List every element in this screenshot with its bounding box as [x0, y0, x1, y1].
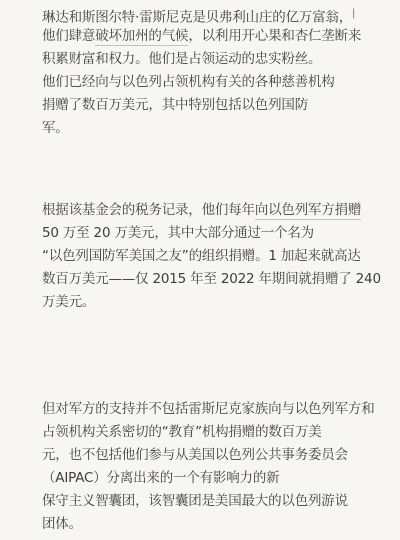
text-segment: 元，也不包括他们参与从美国以色列公共事务委员会	[42, 447, 348, 463]
text-segment: “以色列国防军美国之友”的组织捐赠。1 加起来就高达	[42, 248, 361, 264]
text-line: 他们已经向与以色列占领机构有关的各种慈善机构	[42, 71, 382, 94]
text-line: 军。	[42, 117, 382, 140]
text-line: 占领机构关系密切的“教育”机构捐赠的数百万美	[42, 421, 382, 444]
text-line: 团体。	[42, 513, 382, 536]
text-line: 根据该基金会的税务记录，他们每年向以色列军方捐赠	[42, 199, 382, 222]
text-segment: 军。	[42, 120, 69, 136]
text-line: “以色列国防军美国之友”的组织捐赠。1 加起来就高达	[42, 245, 382, 268]
text-line: （AIPAC）分离出来的一个有影响力的新	[42, 467, 382, 490]
text-segment: 琳达和斯图尔特·雷斯尼克是贝弗利山庄的亿万富翁，	[42, 10, 352, 26]
text-segment: （AIPAC）分离出来的一个有影响力的新	[42, 470, 279, 486]
citation-mark: |	[352, 8, 354, 19]
text-line: 万美元。	[42, 291, 382, 314]
text-segment: 占领机构关系密切的“教育”机构捐赠的数百万美	[42, 424, 322, 440]
text-segment: 他们肆意	[42, 28, 95, 44]
text-line: 捐赠了数百万美元，其中特别包括以色列国防	[42, 94, 382, 117]
article-page: 琳达和斯图尔特·雷斯尼克是贝弗利山庄的亿万富翁，|他们肆意破坏加州的气候，以利用…	[42, 2, 382, 536]
text-segment: 积累财富和权力。他们是占领运动的忠实粉丝。	[42, 51, 321, 67]
text-segment: 但对军方的支持并不包括雷斯尼克家族向与以色列军方和	[42, 401, 375, 417]
inline-link[interactable]: 向以色列军方捐赠	[255, 202, 361, 220]
text-line: 50 万至 20 万美元，其中大部分通过一个名为	[42, 222, 382, 245]
text-line: 保守主义智囊团，该智囊团是美国最大的以色列游说	[42, 490, 382, 513]
inline-link[interactable]: 破坏加州的气候	[95, 28, 188, 46]
text-line: 琳达和斯图尔特·雷斯尼克是贝弗利山庄的亿万富翁，|	[42, 2, 382, 25]
text-segment: 50 万至 20 万美元，其中大部分通过一个名为	[42, 225, 314, 241]
text-segment: ，以利用开心果和杏仁垄断来	[188, 28, 361, 44]
paragraph-3: 但对军方的支持并不包括雷斯尼克家族向与以色列军方和占领机构关系密切的“教育”机构…	[42, 398, 382, 536]
text-segment: 捐赠了数百万美元，其中特别包括以色列国防	[42, 97, 308, 113]
text-line: 但对军方的支持并不包括雷斯尼克家族向与以色列军方和	[42, 398, 382, 421]
text-line: 他们肆意破坏加州的气候，以利用开心果和杏仁垄断来	[42, 25, 382, 48]
text-segment: 数百万美元——仅 2015 年至 2022 年期间就捐赠了 240	[42, 271, 381, 287]
paragraph-1: 琳达和斯图尔特·雷斯尼克是贝弗利山庄的亿万富翁，|他们肆意破坏加州的气候，以利用…	[42, 2, 382, 140]
text-segment: 保守主义智囊团，该智囊团是美国最大的以色列游说	[42, 493, 348, 509]
text-line: 元，也不包括他们参与从美国以色列公共事务委员会	[42, 444, 382, 467]
paragraph-2: 根据该基金会的税务记录，他们每年向以色列军方捐赠50 万至 20 万美元，其中大…	[42, 199, 382, 314]
text-segment: 团体。	[42, 516, 82, 532]
text-segment: 他们已经向与以色列占领机构有关的各种慈善机构	[42, 74, 335, 90]
text-segment: 根据该基金会的税务记录，他们每年	[42, 202, 255, 218]
text-line: 积累财富和权力。他们是占领运动的忠实粉丝。	[42, 48, 382, 71]
text-line: 数百万美元——仅 2015 年至 2022 年期间就捐赠了 240	[42, 268, 382, 291]
text-segment: 万美元。	[42, 294, 95, 310]
